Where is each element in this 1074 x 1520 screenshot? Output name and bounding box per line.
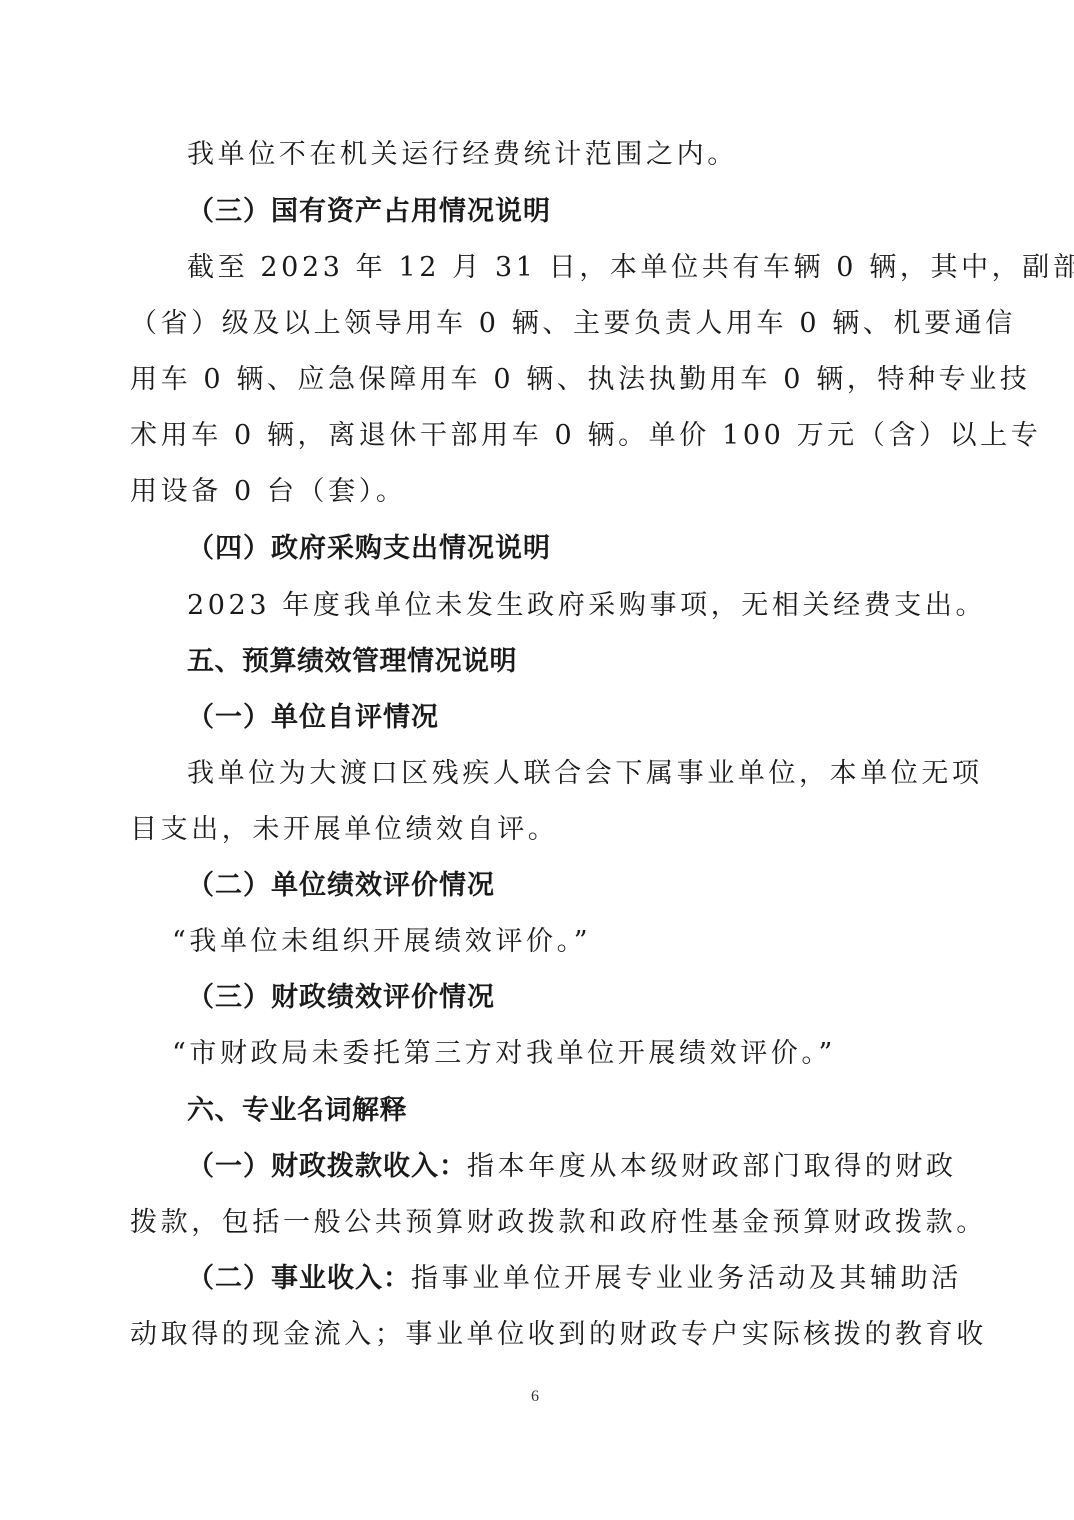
paragraph-line: 术用车 0 辆，离退休干部用车 0 辆。单价 100 万元（含）以上专 <box>130 419 1041 453</box>
subheading-self-evaluation: （一）单位自评情况 <box>187 701 439 735</box>
paragraph-line: “我单位未组织开展绩效评价。” <box>172 925 591 959</box>
paragraph-line: “市财政局未委托第三方对我单位开展绩效评价。” <box>172 1037 836 1071</box>
definition-fiscal-appropriation: （一）财政拨款收入：指本年度从本级财政部门取得的财政 <box>187 1150 957 1184</box>
paragraph-line: 动取得的现金流入；事业单位收到的财政专户实际核拨的教育收 <box>130 1318 987 1352</box>
paragraph-text: 我单位不在机关运行经费统计范围之内。 <box>187 138 738 172</box>
paragraph-line: 用设备 0 台（套）。 <box>130 475 406 509</box>
paragraph-line: 我单位为大渡口区残疾人联合会下属事业单位，本单位无项 <box>187 757 983 791</box>
paragraph-line: 2023 年度我单位未发生政府采购事项，无相关经费支出。 <box>187 589 986 623</box>
definition-text: 指事业单位开展专业业务活动及其辅助活 <box>411 1263 962 1294</box>
definition-text: 指本年度从本级财政部门取得的财政 <box>467 1151 957 1182</box>
paragraph-line: 目支出，未开展单位绩效自评。 <box>130 813 558 847</box>
subheading-state-assets: （三）国有资产占用情况说明 <box>187 195 551 229</box>
definition-term: （一）财政拨款收入： <box>187 1151 467 1182</box>
subheading-unit-evaluation: （二）单位绩效评价情况 <box>187 869 495 903</box>
paragraph-line: 用车 0 辆、应急保障用车 0 辆、执法执勤用车 0 辆，特种专业技 <box>130 363 1030 397</box>
paragraph-line: 截至 2023 年 12 月 31 日，本单位共有车辆 0 辆，其中，副部 <box>187 251 1074 285</box>
subheading-procurement: （四）政府采购支出情况说明 <box>187 532 551 566</box>
definition-business-income: （二）事业收入：指事业单位开展专业业务活动及其辅助活 <box>187 1262 962 1296</box>
definition-term: （二）事业收入： <box>187 1263 411 1294</box>
heading-glossary: 六、专业名词解释 <box>187 1094 407 1128</box>
subheading-fiscal-evaluation: （三）财政绩效评价情况 <box>187 981 495 1015</box>
document-page: 我单位不在机关运行经费统计范围之内。 （三）国有资产占用情况说明 截至 2023… <box>0 0 1074 1520</box>
paragraph-line: （省）级及以上领导用车 0 辆、主要负责人用车 0 辆、机要通信 <box>130 307 1016 341</box>
heading-performance-management: 五、预算绩效管理情况说明 <box>187 645 517 679</box>
page-number: 6 <box>531 1388 539 1406</box>
paragraph-line: 拨款，包括一般公共预算财政拨款和政府性基金预算财政拨款。 <box>130 1206 987 1240</box>
